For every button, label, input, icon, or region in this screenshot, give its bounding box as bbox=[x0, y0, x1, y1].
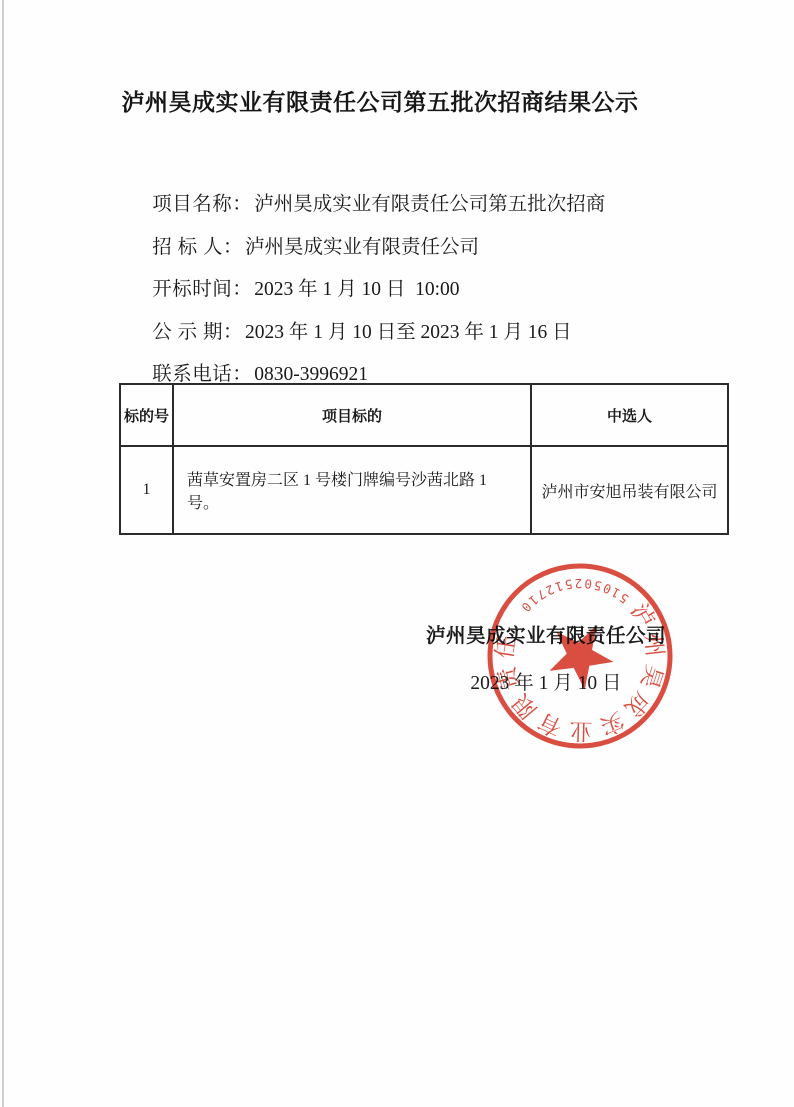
results-table: 标的号 项目标的 中选人 1 茜草安置房二区 1 号楼门牌编号沙茜北路 1 号。… bbox=[119, 383, 729, 535]
table-cell-winner: 泸州市安旭吊装有限公司 bbox=[531, 446, 728, 534]
info-label: 公 示 期： bbox=[152, 322, 243, 343]
info-value: 泸州昊成实业有限责任公司 bbox=[245, 237, 479, 258]
scan-edge-artifact bbox=[2, 0, 4, 1107]
document-title: 泸州昊成实业有限责任公司第五批次招商结果公示 bbox=[0, 84, 760, 117]
info-value: 2023 年 1 月 10 日至 2023 年 1 月 16 日 bbox=[245, 322, 572, 343]
info-label: 联系电话： bbox=[152, 364, 252, 385]
info-label: 开标时间： bbox=[152, 279, 252, 300]
signature-company: 泸州昊成实业有限责任公司 bbox=[400, 620, 692, 648]
table-header-bid-no: 标的号 bbox=[120, 384, 173, 446]
info-value: 2023 年 1 月 10 日 10:00 bbox=[254, 279, 459, 300]
table-header-subject: 项目标的 bbox=[173, 384, 531, 446]
signature-block: 泸州昊成实业有限责任公司 2023 年 1 月 10 日 bbox=[400, 620, 692, 695]
info-line-project-name: 项目名称：泸州昊成实业有限责任公司第五批次招商 bbox=[123, 166, 683, 209]
table-cell-bid-no: 1 bbox=[120, 446, 173, 534]
document-page: 泸州昊成实业有限责任公司第五批次招商结果公示 项目名称：泸州昊成实业有限责任公司… bbox=[0, 0, 794, 1107]
info-value: 泸州昊成实业有限责任公司第五批次招商 bbox=[254, 194, 605, 215]
info-label: 项目名称： bbox=[152, 194, 252, 215]
signature-date: 2023 年 1 月 10 日 bbox=[400, 667, 692, 695]
info-value: 0830-3996921 bbox=[254, 364, 368, 385]
table-header-winner: 中选人 bbox=[531, 384, 728, 446]
table-row: 1 茜草安置房二区 1 号楼门牌编号沙茜北路 1 号。 泸州市安旭吊装有限公司 bbox=[120, 446, 728, 534]
info-block: 项目名称：泸州昊成实业有限责任公司第五批次招商 招 标 人：泸州昊成实业有限责任… bbox=[123, 166, 683, 379]
table-header-row: 标的号 项目标的 中选人 bbox=[120, 384, 728, 446]
table-cell-subject: 茜草安置房二区 1 号楼门牌编号沙茜北路 1 号。 bbox=[173, 446, 531, 534]
info-label: 招 标 人： bbox=[152, 237, 243, 258]
